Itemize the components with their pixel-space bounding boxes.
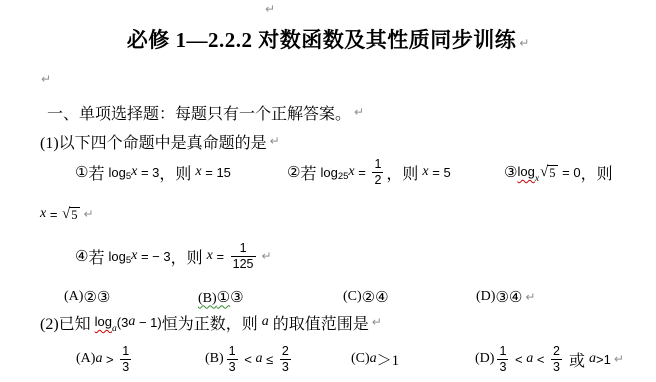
fraction-denominator: 125 xyxy=(231,256,256,271)
or-text: 或 xyxy=(565,348,589,371)
q1-opt1-text: 若 xyxy=(88,161,108,184)
q2-answer-b[interactable]: (B)13 < a ≤ 23 xyxy=(205,336,294,382)
document-page[interactable]: ↵ 必修 1—2.2.2 对数函数及其性质同步训练↵ ↵ 一、单项选择题：每题只… xyxy=(0,0,656,382)
relation-text: ≤ xyxy=(262,352,276,367)
fraction-denominator: 3 xyxy=(551,359,562,374)
relation-text: < xyxy=(241,352,256,367)
variable-a: a xyxy=(526,351,533,367)
q1-opt3-then: ，则 xyxy=(581,161,613,184)
square-root: √5 xyxy=(540,165,557,180)
q2-answer-a[interactable]: (A)a > 13 xyxy=(76,336,134,382)
fraction-one-third: 13 xyxy=(120,344,131,374)
q2-stem-post: 的取值范围是 xyxy=(269,311,369,334)
q1-answer-c[interactable]: (C)②④ xyxy=(343,286,389,308)
equation-text: = xyxy=(355,165,370,180)
fraction-denominator: 3 xyxy=(280,359,291,374)
answer-value: ① xyxy=(217,288,230,306)
page-title: 必修 1—2.2.2 对数函数及其性质同步训练 xyxy=(127,28,517,52)
variable-a: a xyxy=(370,351,377,367)
equation-text: = 3 xyxy=(137,165,159,180)
circled-number-3: ③ xyxy=(504,163,517,181)
circled-number-2: ② xyxy=(287,163,300,181)
answer-label-c: (C) xyxy=(351,351,370,367)
q1-answer-b[interactable]: (B)①③ xyxy=(198,286,244,308)
answer-value: ③ xyxy=(230,288,243,306)
equation-text: = xyxy=(213,249,228,264)
paragraph-mark: ↵ xyxy=(372,315,382,329)
q1-statement-3-continuation: x = √5↵ xyxy=(40,202,94,226)
paragraph-mark: ↵ xyxy=(265,2,275,16)
paragraph-mark: ↵ xyxy=(41,72,51,86)
log-symbol: log xyxy=(95,314,112,329)
fraction-denominator: 3 xyxy=(227,359,238,374)
radicand: 5 xyxy=(69,207,79,222)
fraction-one-third: 13 xyxy=(227,344,238,374)
q1-answer-a[interactable]: (A)②③ xyxy=(64,286,110,308)
fraction-denominator: 3 xyxy=(497,359,508,374)
equation-text: = xyxy=(46,207,61,222)
q1-opt1-then: ，则 xyxy=(159,161,195,184)
fraction-numerator: 2 xyxy=(551,344,562,358)
fraction-numerator: 1 xyxy=(120,344,131,358)
q1-opt2-text: 若 xyxy=(300,161,320,184)
log-symbol: log xyxy=(517,164,534,179)
q1-opt4-text: 若 xyxy=(88,245,108,268)
answer-label-d: (D) xyxy=(476,289,495,305)
paragraph-mark: ↵ xyxy=(614,352,624,366)
fraction-one-half: 12 xyxy=(372,157,383,187)
fraction-denominator: 3 xyxy=(120,359,131,374)
answer-label-d: (D) xyxy=(475,351,494,367)
circled-number-4: ④ xyxy=(75,247,88,265)
log-symbol: log xyxy=(108,165,125,180)
relation-text: > xyxy=(102,352,117,367)
log-symbol: log xyxy=(320,165,337,180)
square-root: √5 xyxy=(62,207,79,222)
paragraph-mark: ↵ xyxy=(262,249,272,263)
paragraph-mark: ↵ xyxy=(84,207,94,221)
relation-text: < xyxy=(533,352,548,367)
answer-label-a: (A) xyxy=(76,351,95,367)
answer-label-b: (B) xyxy=(205,351,224,367)
fraction-numerator: 1 xyxy=(497,344,508,358)
q1-statement-4: ④若 log5x = − 3，则 x = 1125↵ xyxy=(75,234,272,278)
variable-a: a xyxy=(589,351,596,367)
q2-stem-pre: (2)已知 xyxy=(40,311,95,334)
paragraph-mark: ↵ xyxy=(270,134,280,148)
radicand: 5 xyxy=(547,165,557,180)
q1-answer-d[interactable]: (D)③④↵ xyxy=(476,286,535,308)
equation-text: = 15 xyxy=(202,165,231,180)
answer-value: ③ xyxy=(495,288,508,306)
log-base: 5 xyxy=(126,255,131,266)
answer-value: ④ xyxy=(375,288,388,306)
circled-number-1: ① xyxy=(75,163,88,181)
answer-label-a: (A) xyxy=(64,289,83,305)
fraction-one-third: 13 xyxy=(497,344,508,374)
fraction-two-thirds: 23 xyxy=(280,344,291,374)
q1-statement-1: ①若 log5x = 3，则 x = 15 xyxy=(75,152,231,192)
variable-a: a xyxy=(95,351,102,367)
section-heading: 一、单项选择题：每题只有一个正解答案。 xyxy=(47,101,351,124)
variable-a: a xyxy=(128,314,135,330)
fraction-numerator: 1 xyxy=(372,157,383,171)
equation-text: = 0 xyxy=(559,165,581,180)
fraction-denominator: 2 xyxy=(372,172,383,187)
answer-value: ③ xyxy=(97,288,110,306)
relation-text: ＞1 xyxy=(377,349,400,370)
fraction-numerator: 2 xyxy=(280,344,291,358)
log-base: x xyxy=(535,174,539,184)
section-heading-line: 一、单项选择题：每题只有一个正解答案。 ↵ xyxy=(47,101,364,123)
paragraph-mark: ↵ xyxy=(525,290,535,304)
spellcheck-underline: logx xyxy=(517,163,539,181)
spellcheck-underline: loga xyxy=(95,313,117,331)
equation-text: = 5 xyxy=(429,165,451,180)
log-symbol: log xyxy=(108,249,125,264)
q1-opt2-then: ，则 xyxy=(386,161,422,184)
fraction-numerator: 1 xyxy=(238,241,249,255)
q1-statement-2: ②若 log25x = 12，则 x = 5 xyxy=(287,152,451,192)
relation-text: < xyxy=(511,352,526,367)
fraction-1-125: 1125 xyxy=(231,241,256,271)
grammar-underline: (B)① xyxy=(198,288,230,307)
q2-stem-line: (2)已知 loga(3a − 1)恒为正数，则 a 的取值范围是↵ xyxy=(40,311,382,333)
log-base: 5 xyxy=(126,171,131,182)
q1-stem-line: (1)以下四个命题中是真命题的是 ↵ xyxy=(40,130,280,152)
variable-a: a xyxy=(255,351,262,367)
variable-a: a xyxy=(262,314,269,330)
answer-value: ④ xyxy=(509,288,522,306)
q1-statement-3: ③logx√5 = 0，则 xyxy=(504,152,613,192)
q2-answer-c[interactable]: (C)a＞1 xyxy=(351,336,399,382)
fraction-two-thirds: 23 xyxy=(551,344,562,374)
log-base: 25 xyxy=(338,171,349,182)
q2-stem-middle: 恒为正数，则 xyxy=(162,311,262,334)
q1-stem: (1)以下四个命题中是真命题的是 xyxy=(40,130,267,153)
relation-text: >1 xyxy=(596,352,611,367)
equation-text: = − 3 xyxy=(137,249,170,264)
answer-value: ② xyxy=(362,288,375,306)
log-base: a xyxy=(112,324,117,334)
answer-value: ② xyxy=(83,288,96,306)
q1-opt4-then: ，则 xyxy=(171,245,207,268)
title-line: 必修 1—2.2.2 对数函数及其性质同步训练↵ xyxy=(0,24,656,54)
equation-text: − 1) xyxy=(135,315,161,330)
fraction-numerator: 1 xyxy=(227,344,238,358)
paragraph-mark: ↵ xyxy=(519,36,529,50)
answer-label-b: (B) xyxy=(198,291,217,306)
answer-label-c: (C) xyxy=(343,289,362,305)
paragraph-mark: ↵ xyxy=(354,105,364,119)
q2-answer-d[interactable]: (D)13 < a < 23 或 a>1↵ xyxy=(475,336,624,382)
equation-text: (3 xyxy=(117,315,129,330)
